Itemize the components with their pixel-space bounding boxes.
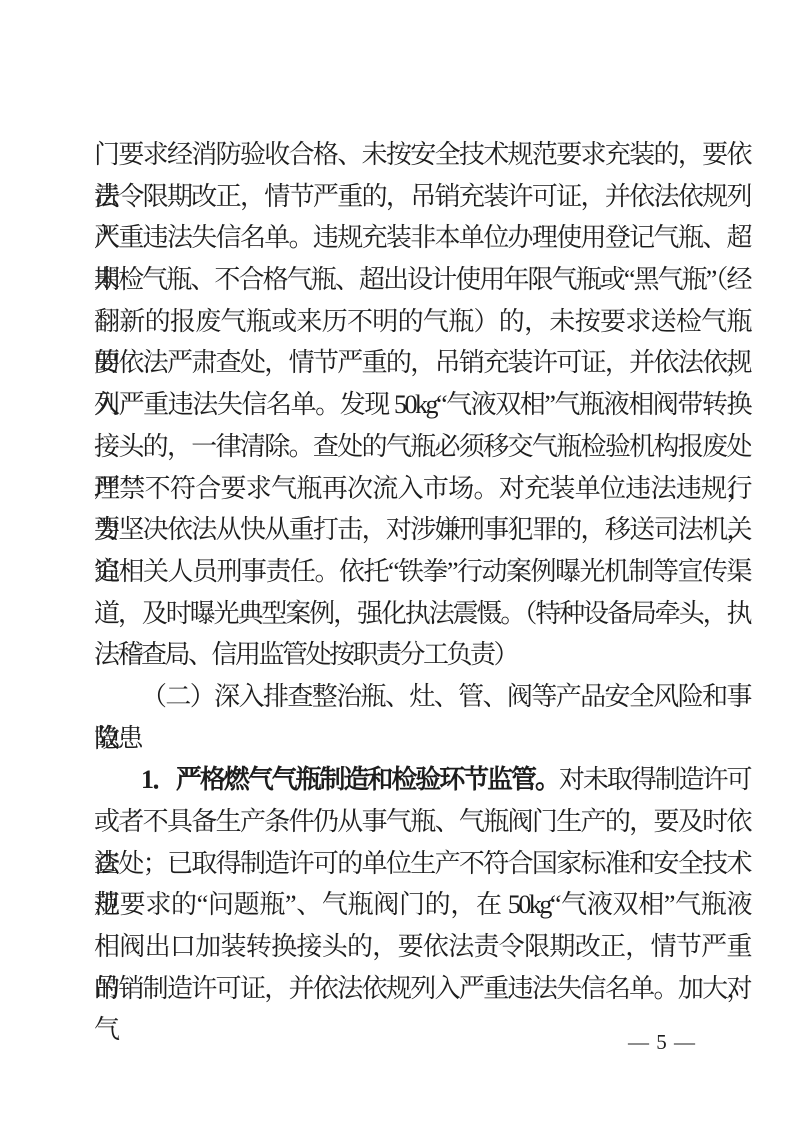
page-footer: — 5 —: [628, 1030, 696, 1055]
text-run: 究相关人员刑事责任。依托“铁拳”行动案例曝光机制等宣传渠: [94, 557, 750, 586]
text-line: 相阀出口加装转换接头的，要依法责令限期改正，情节严重的，: [94, 926, 750, 968]
section-heading-line: 隐患: [94, 718, 750, 760]
text-line: 查处；已取得制造许可的单位生产不符合国家标准和安全技术规: [94, 843, 750, 885]
text-line: 或者不具备生产条件仍从事气瓶、气瓶阀门生产的，要及时依法: [94, 801, 750, 843]
text-line: 严禁不符合要求气瓶再次流入市场。对充装单位违法违规行为，: [94, 468, 750, 510]
text-line: 接头的，一律清除。查处的气瓶必须移交气瓶检验机构报废处理，: [94, 426, 750, 468]
page-number: — 5 —: [628, 1030, 696, 1054]
text-line: 门要求经消防验收合格、未按安全技术规范要求充装的，要依法: [94, 134, 750, 176]
text-line: 要依法严肃查处，情节严重的，吊销充装许可证，并依法依规列: [94, 342, 750, 384]
text-line: 未检气瓶、不合格气瓶、超出设计使用年限气瓶或“黑气瓶”（经: [94, 259, 750, 301]
text-line: 责令限期改正，情节严重的，吊销充装许可证，并依法依规列入: [94, 176, 750, 218]
document-page: 门要求经消防验收合格、未按安全技术规范要求充装的，要依法责令限期改正，情节严重的…: [0, 0, 793, 1122]
text-run: 法稽查局、信用监管处按职责分工负责）: [94, 640, 517, 669]
text-line: 法稽查局、信用监管处按职责分工负责）: [94, 634, 750, 676]
text-run: 未检气瓶、不合格气瓶、超出设计使用年限气瓶或“黑气瓶”（经: [94, 265, 750, 294]
text-line: 翻新的报废气瓶或来历不明的气瓶）的，未按要求送检气瓶的，: [94, 301, 750, 343]
text-line: 1．严格燃气气瓶制造和检验环节监管。对未取得制造许可: [94, 759, 750, 801]
document-body: 门要求经消防验收合格、未按安全技术规范要求充装的，要依法责令限期改正，情节严重的…: [94, 134, 750, 1009]
text-line: 究相关人员刑事责任。依托“铁拳”行动案例曝光机制等宣传渠: [94, 551, 750, 593]
text-run: 入严重违法失信名单。发现 50kg“气液双相”气瓶液相阀带转换: [94, 390, 750, 419]
text-run: 范要求的“问题瓶”、气瓶阀门的，在 50kg“气液双相”气瓶液: [94, 890, 750, 919]
text-line: 道，及时曝光典型案例，强化执法震慑。（特种设备局牵头，执: [94, 593, 750, 635]
section-heading-line: （二）深入排查整治瓶、灶、管、阀等产品安全风险和事故: [94, 676, 750, 718]
text-line: 入严重违法失信名单。发现 50kg“气液双相”气瓶液相阀带转换: [94, 384, 750, 426]
text-run: 道，及时曝光典型案例，强化执法震慑。（特种设备局牵头，执: [94, 599, 750, 628]
bold-run: 1．严格燃气气瓶制造和检验环节监管。: [141, 765, 559, 794]
text-run: 隐患: [94, 724, 141, 753]
text-line: 严重违法失信名单。违规充装非本单位办理使用登记气瓶、超期: [94, 217, 750, 259]
text-line: 要坚决依法从快从重打击，对涉嫌刑事犯罪的，移送司法机关追: [94, 509, 750, 551]
text-line: 范要求的“问题瓶”、气瓶阀门的，在 50kg“气液双相”气瓶液: [94, 884, 750, 926]
text-run: 对未取得制造许可: [559, 765, 750, 794]
text-line: 吊销制造许可证，并依法依规列入严重违法失信名单。加大对气: [94, 968, 750, 1010]
